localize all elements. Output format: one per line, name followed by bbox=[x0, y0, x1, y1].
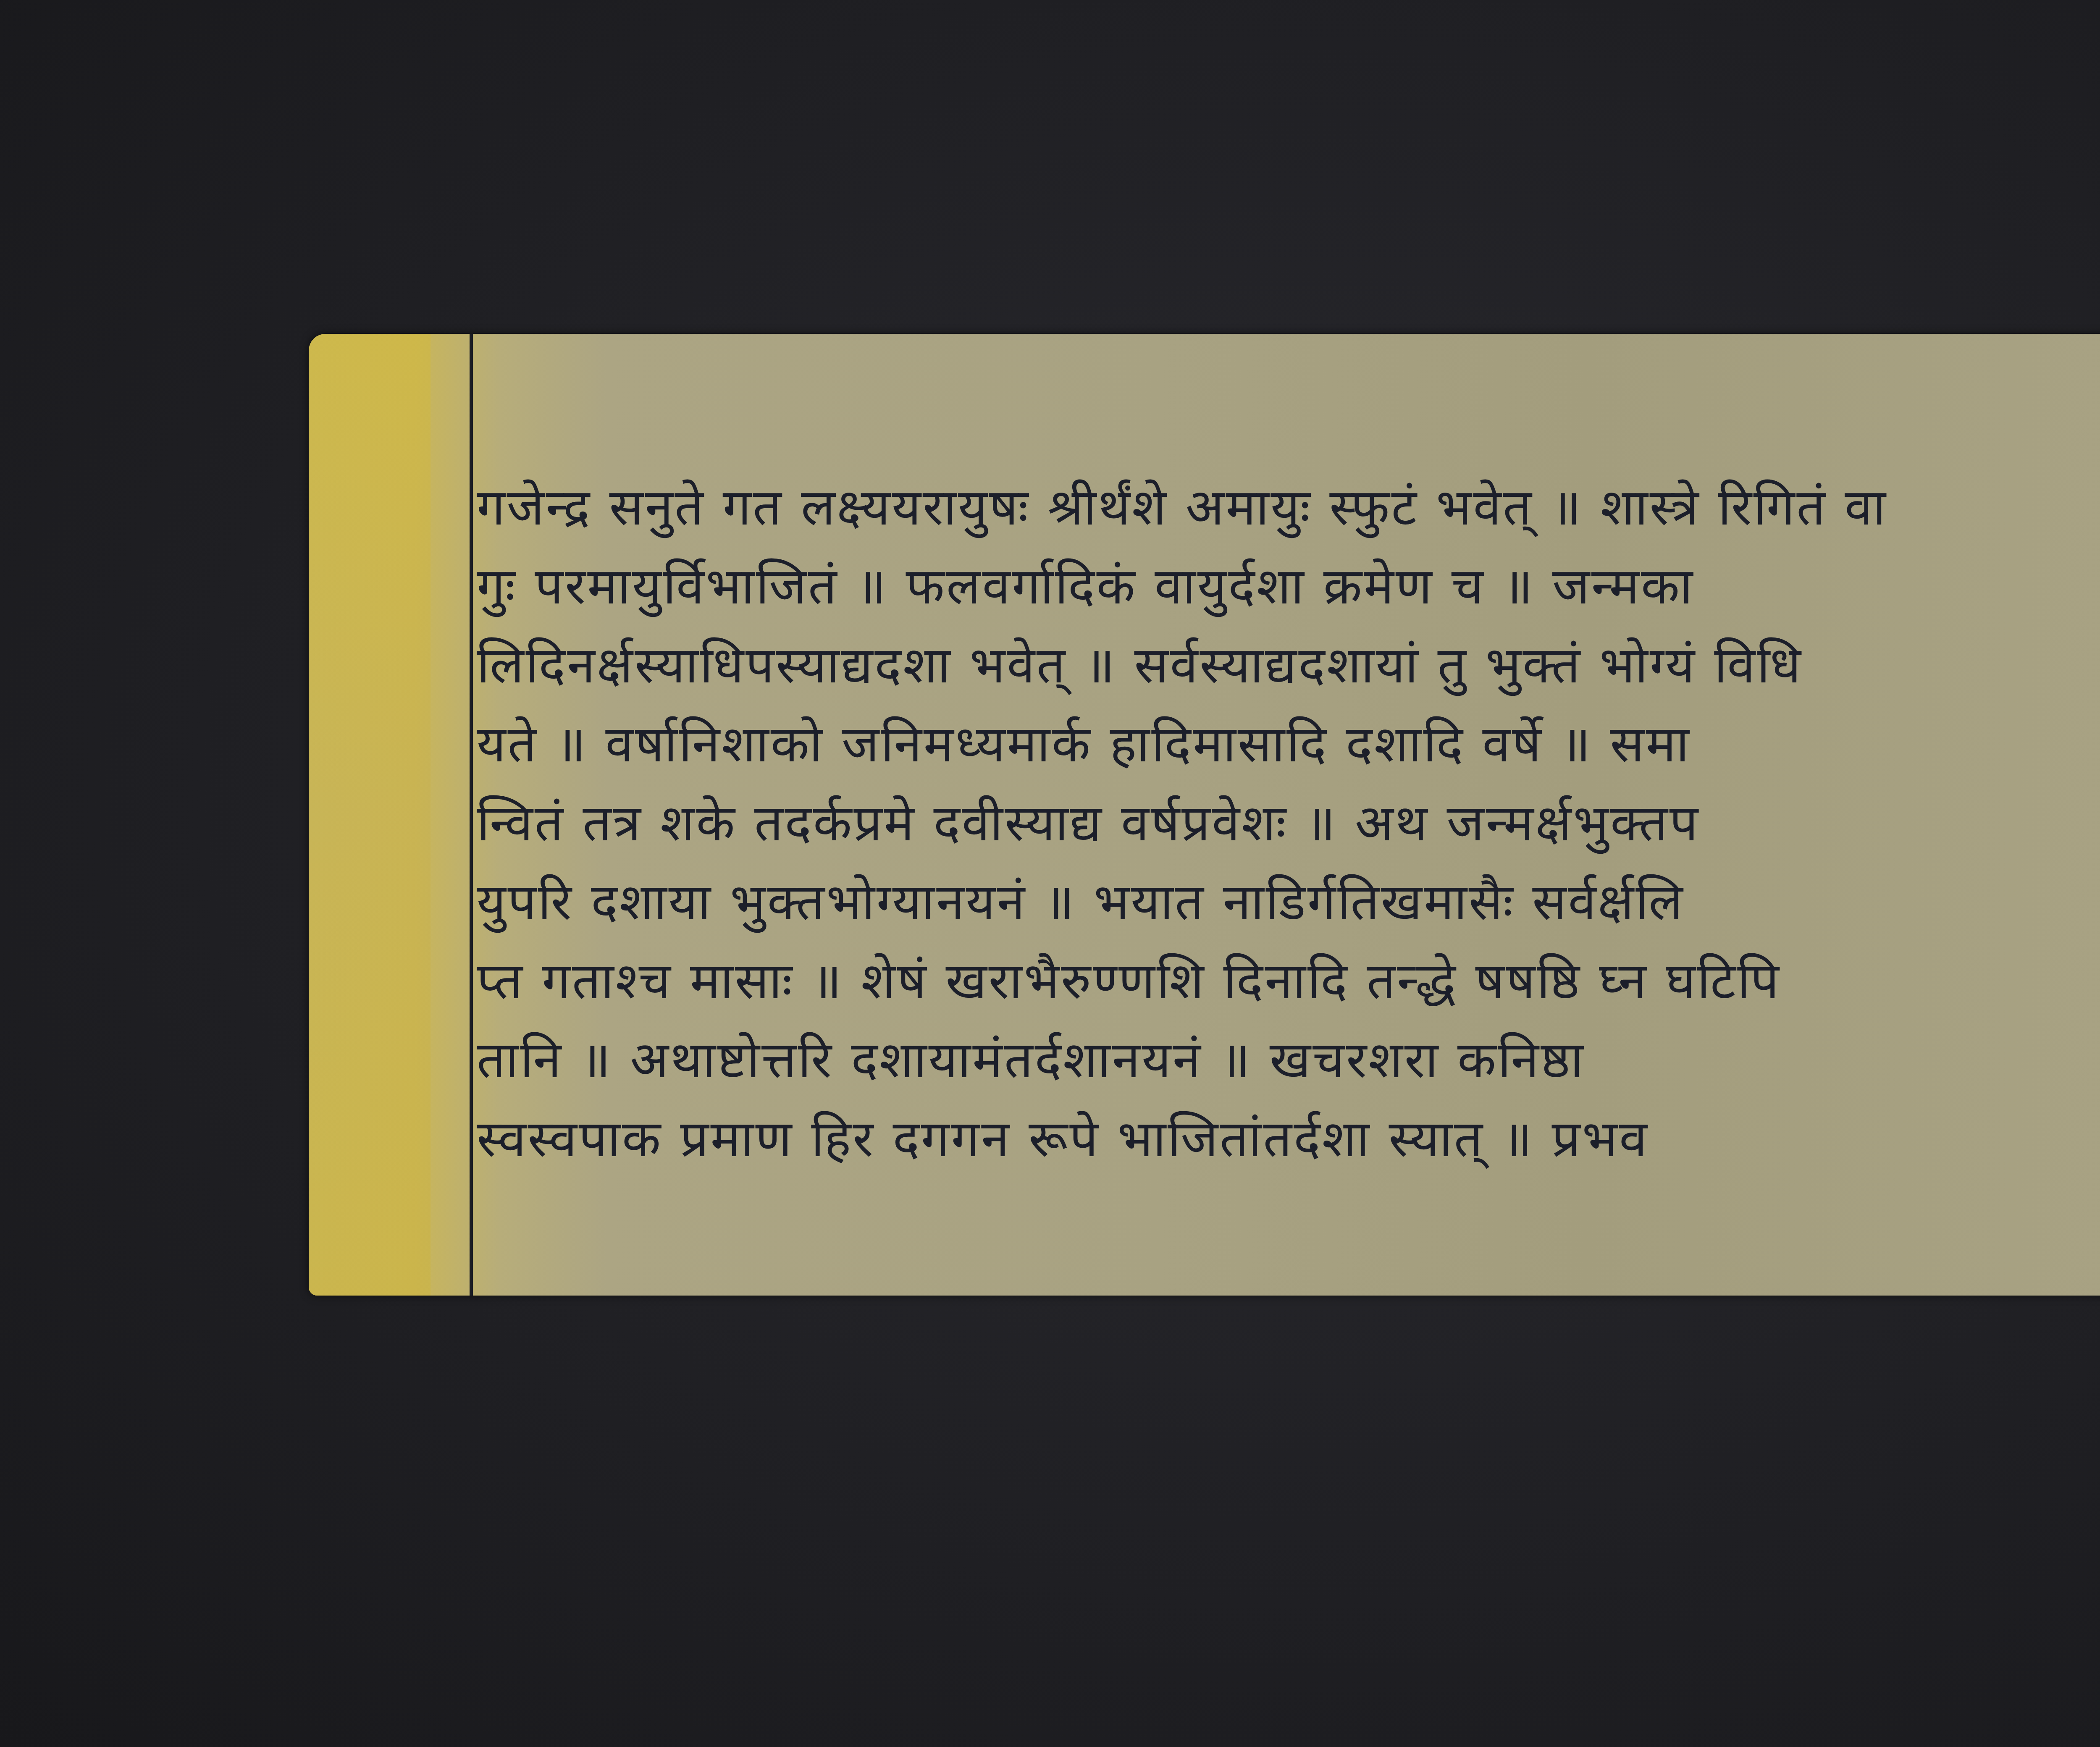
left-margin-rule bbox=[470, 334, 473, 1296]
text-line-2: गुः परमायुर्विभाजितं ॥ फलवर्गादिकं वायुर… bbox=[477, 547, 2100, 626]
text-block: गजेन्द्र सनुते गत लक्ष्ययरायुषः श्रीर्थं… bbox=[477, 468, 2100, 1179]
manuscript-folio: गजेन्द्र सनुते गत लक्ष्ययरायुषः श्रीर्थं… bbox=[309, 334, 2100, 1296]
text-line-1: गजेन्द्र सनुते गत लक्ष्ययरायुषः श्रीर्थं… bbox=[477, 468, 2100, 547]
text-line-8: तानि ॥ अथाष्टोत्तरि दशायामंतर्दशानयनं ॥ … bbox=[477, 1021, 2100, 1100]
text-line-4: यते ॥ वर्षानिशाको जनिमध्यमार्क हादिमासाद… bbox=[477, 705, 2100, 784]
text-line-3: लिदिनर्क्षस्याधिपस्याद्यदशा भवेत् ॥ सर्व… bbox=[477, 626, 2100, 705]
text-line-7: प्त गताश्च मासाः ॥ शेषं खराभैरुण्णशि दिन… bbox=[477, 942, 2100, 1021]
yellow-stain bbox=[309, 334, 430, 1296]
text-line-5: न्वितं तत्र शके तदर्कप्रमे दवीस्याद्य वर… bbox=[477, 784, 2100, 863]
text-line-9: स्वस्वपाक प्रमाण हिर दगगन रूपे भाजितांतर… bbox=[477, 1100, 2100, 1179]
text-line-6: युपरि दशाया भुक्तभोग्यानयनं ॥ भयात नाडिर… bbox=[477, 863, 2100, 942]
